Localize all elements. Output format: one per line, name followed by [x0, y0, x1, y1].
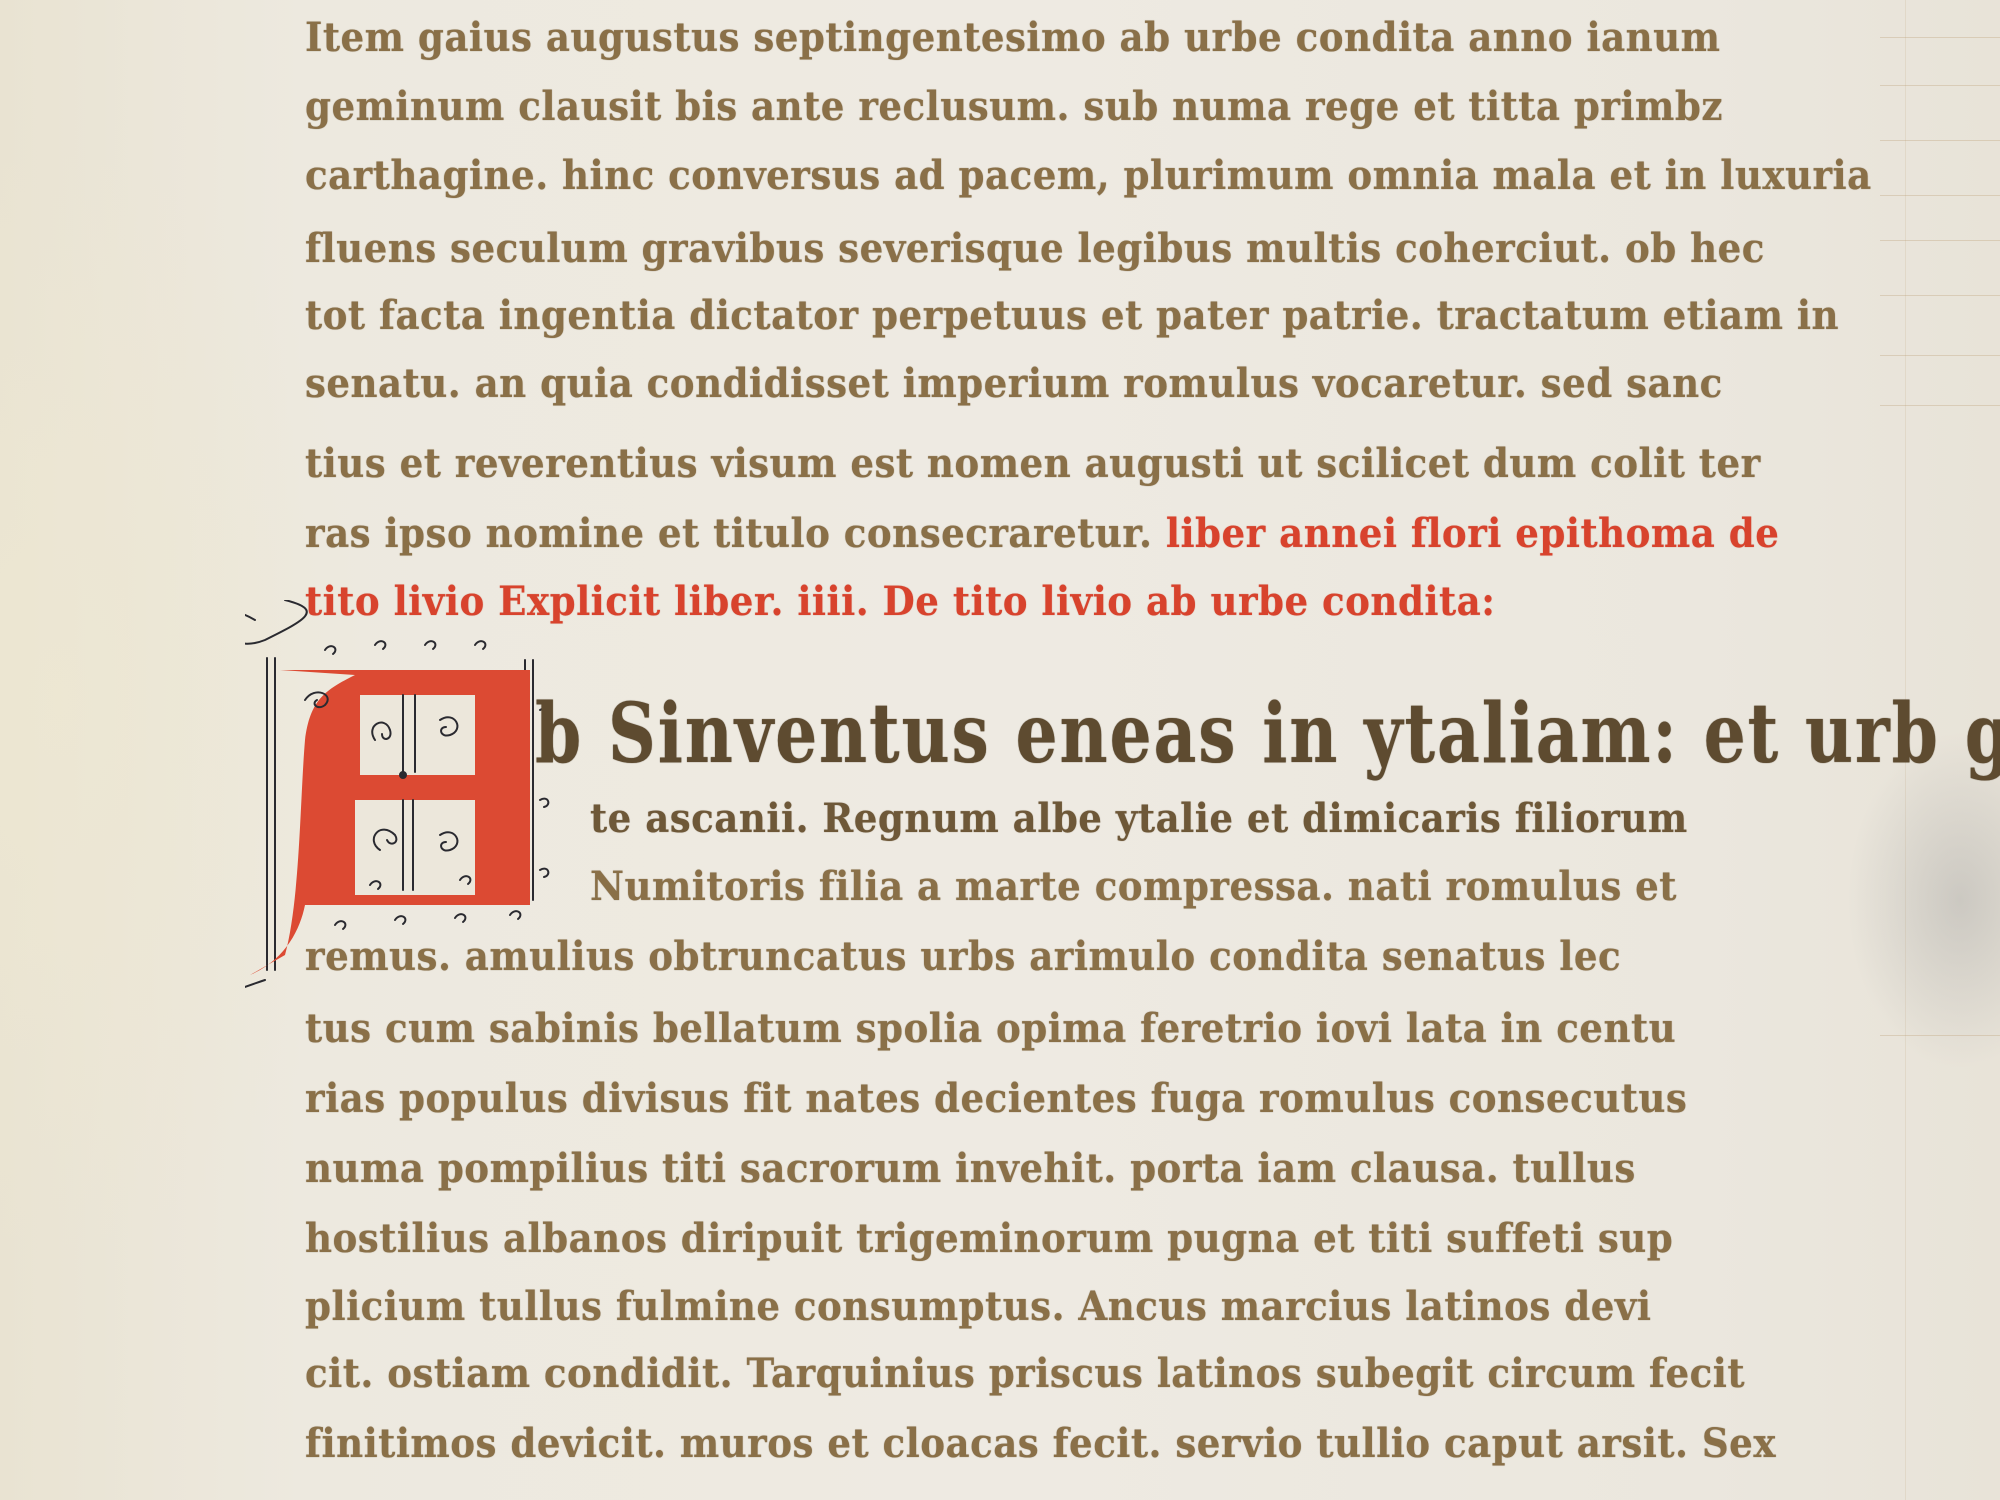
text-line: Item gaius augustus septingentesimo ab u… — [305, 14, 1721, 61]
text-line: carthagine. hinc conversus ad pacem, plu… — [305, 152, 1872, 199]
text-line: rias populus divisus fit nates decientes… — [305, 1075, 1687, 1122]
margin-ruling — [1880, 355, 2000, 356]
margin-ruling — [1880, 37, 2000, 38]
text-line: remus. amulius obtruncatus urbs arimulo … — [305, 933, 1621, 980]
margin-ruling — [1880, 295, 2000, 296]
margin-ruling — [1880, 1035, 2000, 1036]
incipit-line: b Sinventus eneas in ytaliam: et urb ges… — [535, 684, 2000, 782]
margin-ruling — [1880, 195, 2000, 196]
text-line: cit. ostiam condidit. Tarquinius priscus… — [305, 1350, 1745, 1397]
text-line: te ascanii. Regnum albe ytalie et dimica… — [590, 795, 1688, 842]
text-line: numa pompilius titi sacrorum invehit. po… — [305, 1145, 1636, 1192]
text-line: senatu. an quia condidisset imperium rom… — [305, 360, 1723, 407]
margin-ruling — [1880, 85, 2000, 86]
margin-ruling — [1880, 240, 2000, 241]
text-line: hostilius albanos diripuit trigeminorum … — [305, 1215, 1673, 1262]
manuscript-page: Item gaius augustus septingentesimo ab u… — [0, 0, 2000, 1500]
text-line: tot facta ingentia dictator perpetuus et… — [305, 292, 1839, 339]
text-segment: ras ipso nomine et titulo consecraretur. — [305, 510, 1152, 557]
text-line: fluens seculum gravibus severisque legib… — [305, 225, 1765, 272]
text-line-with-rubric: ras ipso nomine et titulo consecraretur.… — [305, 510, 1779, 557]
text-line: Numitoris filia a marte compressa. nati … — [590, 863, 1677, 910]
margin-ruling — [1880, 405, 2000, 406]
text-line: plicium tullus fulmine consumptus. Ancus… — [305, 1283, 1652, 1330]
text-line: tus cum sabinis bellatum spolia opima fe… — [305, 1005, 1676, 1052]
text-line: geminum clausit bis ante reclusum. sub n… — [305, 83, 1723, 130]
margin-ruling — [1880, 140, 2000, 141]
text-line: finitimos devicit. muros et cloacas feci… — [305, 1420, 1776, 1467]
text-line: tius et reverentius visum est nomen augu… — [305, 440, 1761, 487]
rubric-segment: liber annei flori epithoma de — [1166, 510, 1780, 557]
